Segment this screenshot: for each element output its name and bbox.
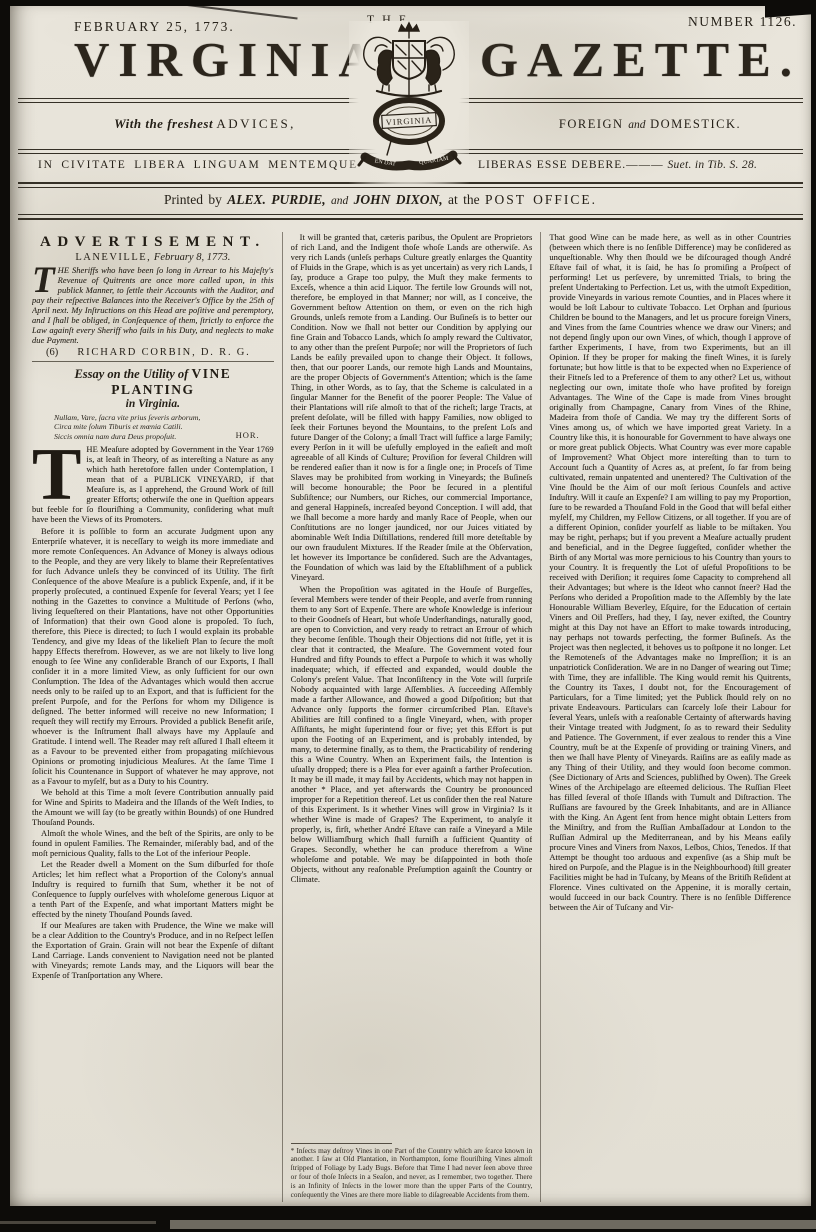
article-columns: ADVERTISEMENT. LANEVILLE, February 8, 17… (10, 226, 811, 1202)
masthead: FEBRUARY 25, 1773. THE NUMBER 1126. VIRG… (10, 6, 811, 226)
paragraph: It will be granted that, cæteris paribus… (291, 232, 533, 582)
advertisement-heading: ADVERTISEMENT. (32, 234, 274, 251)
paragraph: We behold at this Time a moſt ſevere Con… (32, 787, 274, 827)
section-rule (32, 361, 274, 362)
latin-motto-left: IN CIVITATE LIBERA LINGUAM MENTEMQUE (38, 159, 358, 171)
column-1: ADVERTISEMENT. LANEVILLE, February 8, 17… (32, 232, 282, 1202)
tagline-foreign-domestick: FOREIGN and DOMESTICK. (515, 117, 785, 132)
paragraph: When the Propoſition was agitated in the… (291, 584, 533, 884)
footnote-block: * Inſects may deſtroy Vines in one Part … (291, 1139, 533, 1202)
drop-cap: T (32, 444, 86, 503)
footnote-text: * Inſects may deſtroy Vines in one Part … (291, 1147, 533, 1200)
scan-bottom-edge (0, 1221, 156, 1224)
scan-bottom-edge (170, 1220, 816, 1229)
column-1-paragraphs: Before it is poſſible to form an accurat… (32, 526, 274, 980)
latin-motto-right: LIBERAS ESSE DEBERE.——— Suet. in Tib. S.… (478, 159, 757, 171)
column-3: That good Wine can be made here, as well… (540, 232, 799, 1202)
imprint-line: Printed by ALEX. PURDIE, and JOHN DIXON,… (10, 192, 751, 208)
paragraph: If our Meaſures are taken with Prudence,… (32, 920, 274, 980)
epigraph: HOR. Nullam, Vare, ſacra vite prius ſeve… (54, 413, 274, 441)
paragraph: Almoſt the whole Wines, and the beſt of … (32, 828, 274, 858)
paragraph: Nullam, Vare, ſacra vite prius ſeveris a… (54, 413, 274, 422)
double-rule (18, 214, 803, 220)
column-3-text: That good Wine can be made here, as well… (549, 232, 791, 912)
advertisement-signature-row: (6) RICHARD CORBIN, D. R. G. (32, 347, 274, 358)
signature: RICHARD CORBIN, D. R. G. (77, 347, 250, 358)
masthead-title-gazette: GAZETTE. (480, 31, 801, 88)
tagline-advices: With the freshest ADVICES, (65, 116, 345, 132)
footnote-rule (291, 1143, 393, 1144)
essay-subtitle: in Virginia. (32, 398, 274, 410)
advertisement-dateline: LANEVILLE, February 8, 1773. (32, 252, 274, 263)
masthead-title-virginia: VIRGINIA (74, 31, 383, 88)
notice-number: (6) (46, 347, 58, 358)
newspaper-page: FEBRUARY 25, 1773. THE NUMBER 1126. VIRG… (10, 6, 811, 1206)
drop-cap: T (32, 265, 58, 295)
royal-coat-of-arms-icon: VIRGINIA EN DAT QUARTAM (349, 21, 469, 185)
paragraph: Before it is poſſible to form an accurat… (32, 526, 274, 786)
advertisement-body: THE Sheriffs who have been ſo long in Ar… (32, 265, 274, 345)
essay-title: Essay on the Utility of VINE PLANTING (32, 366, 274, 398)
essay-opening-paragraph: THE Meaſure adopted by Government in the… (32, 444, 274, 524)
epigraph-attribution: HOR. (236, 431, 260, 440)
column-2: It will be granted that, cæteris paribus… (282, 232, 541, 1202)
paragraph: Let the Reader dwell a Moment on the Sum… (32, 859, 274, 919)
column-2-paragraphs: It will be granted that, cæteris paribus… (291, 232, 533, 1139)
